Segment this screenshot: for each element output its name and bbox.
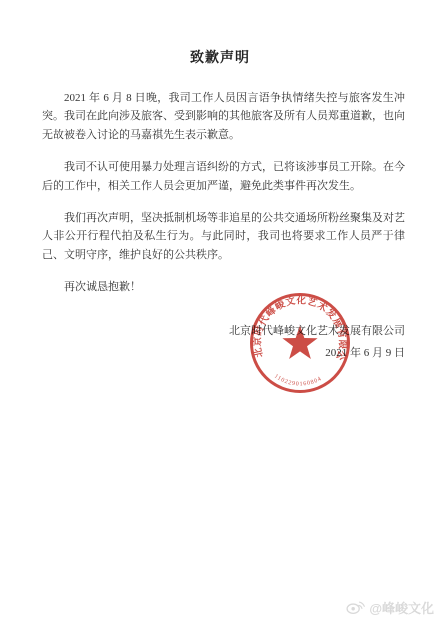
closing-line: 再次诚恳抱歉！	[42, 278, 405, 296]
document-title: 致歉声明	[0, 47, 440, 67]
document-body: 2021 年 6 月 8 日晚，我司工作人员因言语争执情绪失控与旅客发生冲突。我…	[42, 89, 405, 297]
seal-serial-holder: 1102290160804	[273, 374, 323, 388]
apology-statement-document: 致歉声明 2021 年 6 月 8 日晚，我司工作人员因言语争执情绪失控与旅客发…	[0, 0, 440, 622]
paragraph-incident: 2021 年 6 月 8 日晚，我司工作人员因言语争执情绪失控与旅客发生冲突。我…	[42, 89, 405, 144]
company-name: 北京时代峰峻文化艺术发展有限公司	[42, 322, 405, 340]
paragraph-action: 我司不认可使用暴力处理言语纠纷的方式，已将该涉事员工开除。在今后的工作中，相关工…	[42, 158, 405, 195]
weibo-watermark: @峰峻文化	[346, 598, 434, 616]
weibo-icon	[346, 599, 365, 615]
signature-block: 北京时代峰峻文化艺术发展有限公司 2021 年 6 月 9 日	[42, 322, 405, 362]
seal-serial-number: 1102290160804	[273, 374, 323, 388]
paragraph-statement: 我们再次声明，坚决抵制机场等非追星的公共交通场所粉丝聚集及对艺人非公开行程代拍及…	[42, 209, 405, 264]
signature-date: 2021 年 6 月 9 日	[42, 344, 405, 362]
watermark-handle: @峰峻文化	[369, 598, 434, 617]
